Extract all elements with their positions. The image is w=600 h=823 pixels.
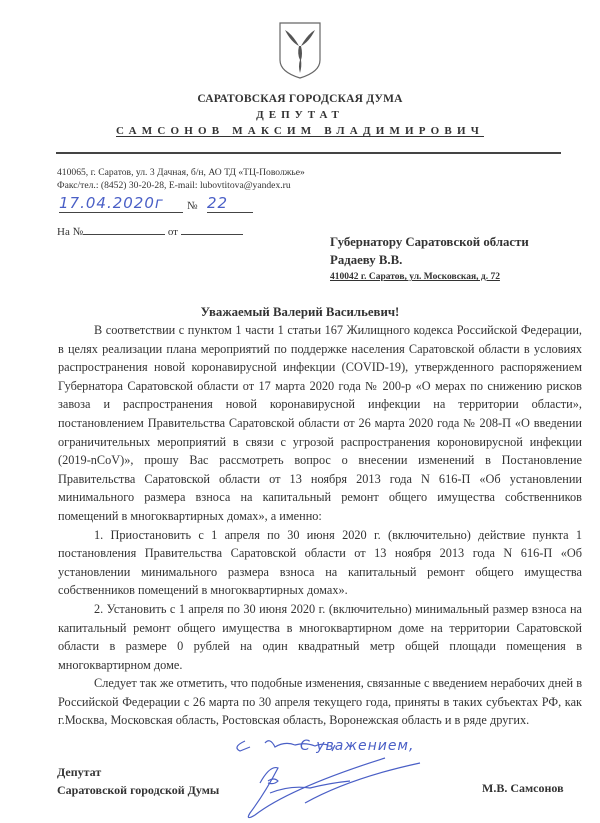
body-paragraph-intro: В соответствии с пунктом 1 части 1 стать… (58, 321, 582, 526)
recipient-block: Губернатору Саратовской области Радаеву … (330, 233, 529, 285)
reference-date-blank (181, 224, 243, 235)
salutation: Уважаемый Валерий Васильевич! (0, 305, 600, 320)
recipient-title: Губернатору Саратовской области (330, 233, 529, 251)
outgoing-date: 17.04.2020г (59, 194, 183, 213)
organization-name: САРАТОВСКАЯ ГОРОДСКАЯ ДУМА (0, 93, 600, 105)
deputy-role: ДЕПУТАТ (0, 109, 600, 121)
number-sign: № (187, 200, 198, 212)
signer-title-line2: Саратовской городской Думы (57, 781, 219, 799)
letter-body: В соответствии с пунктом 1 части 1 стать… (58, 321, 582, 730)
signer-name: М.В. Самсонов (482, 781, 564, 796)
reference-number-blank (83, 224, 165, 235)
deputy-name-header: САМСОНОВ МАКСИМ ВЛАДИМИРОВИЧ (0, 125, 600, 137)
recipient-name: Радаеву В.В. (330, 251, 529, 269)
body-paragraph-note: Следует так же отметить, что подобные из… (58, 674, 582, 730)
signer-title-line1: Депутат (57, 763, 219, 781)
outgoing-number: 22 (207, 194, 253, 213)
handwritten-regards: С уважением, (300, 738, 414, 754)
sender-contacts: 410065, г. Саратов, ул. 3 Дачная, б/н, А… (57, 166, 305, 192)
reference-from-label: от (168, 226, 178, 238)
body-paragraph-item-2: 2. Установить с 1 апреля по 30 июня 2020… (58, 600, 582, 674)
recipient-address: 410042 г. Саратов, ул. Московская, д. 72 (330, 269, 529, 285)
letterhead-divider (56, 152, 561, 154)
sender-contact: Факс/тел.: (8452) 30-20-28, E-mail: lubo… (57, 179, 305, 192)
incoming-reference: На № от (57, 224, 243, 238)
body-paragraph-item-1: 1. Приостановить с 1 апреля по 30 июня 2… (58, 526, 582, 600)
deputy-name: САМСОНОВ МАКСИМ ВЛАДИМИРОВИЧ (116, 125, 484, 137)
sender-address: 410065, г. Саратов, ул. 3 Дачная, б/н, А… (57, 166, 305, 179)
saratov-coat-of-arms-icon (277, 20, 323, 80)
signer-title: Депутат Саратовской городской Думы (57, 763, 219, 799)
reference-number-label: На № (57, 226, 83, 238)
